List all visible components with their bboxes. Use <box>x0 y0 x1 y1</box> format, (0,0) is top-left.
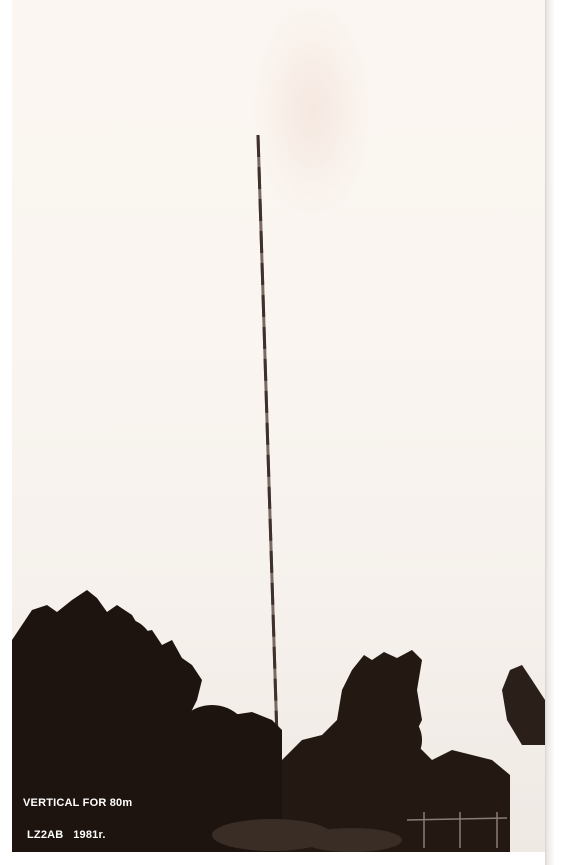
tree-middle <box>282 650 510 852</box>
caption-callsign-year: LZ2AB 1981r. <box>27 829 106 841</box>
photograph <box>12 0 545 852</box>
antenna-mast <box>258 135 278 770</box>
scene <box>12 0 545 852</box>
tree-left <box>12 590 282 852</box>
caption-title: VERTICAL FOR 80m <box>23 797 132 809</box>
tree-right <box>502 665 545 745</box>
photo-edge <box>545 0 555 865</box>
